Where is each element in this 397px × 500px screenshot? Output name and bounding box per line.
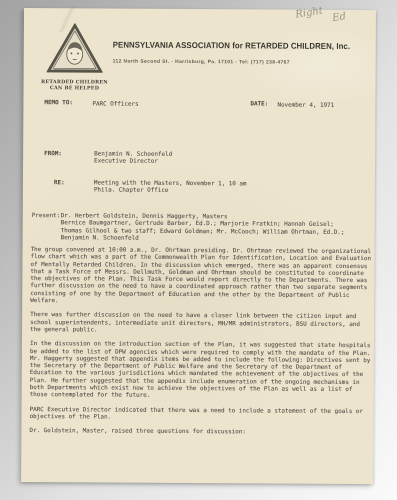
- memo-date-label: DATE:: [250, 101, 268, 108]
- handwritten-note: Right Ed: [295, 3, 347, 29]
- body-paragraph: There was further discussion on the need…: [30, 312, 371, 336]
- handwritten-note-line2: Ed: [332, 12, 347, 24]
- memo-to-value: PARC Officers: [92, 101, 138, 109]
- memo-re-label: RE:: [54, 180, 65, 187]
- memo-document: Right Ed RETARDED CHILDREN CAN BE HELPED…: [21, 8, 376, 484]
- memo-date-value: November 4, 1971: [277, 103, 334, 111]
- body-paragraph: The group convened at 10:00 a.m., Dr. Oh…: [30, 247, 371, 307]
- body-paragraph: PARC Executive Director indicated that t…: [29, 407, 370, 424]
- scanned-memo-page: { "handwritten_note": { "line1": "Right"…: [0, 0, 397, 500]
- body-paragraph: Dr. Goldstein, Master, raised three ques…: [29, 428, 370, 437]
- memo-to-label: MEMO TO:: [44, 100, 72, 107]
- organization-logo: RETARDED CHILDREN CAN BE HELPED: [39, 23, 109, 91]
- memo-from-value: Benjamin N. Schoenfeld Executive Directo…: [94, 151, 172, 166]
- present-value: Dr. Herbert Goldstein, Dennis Haggerty, …: [61, 213, 369, 244]
- logo-caption: RETARDED CHILDREN CAN BE HELPED: [39, 79, 109, 91]
- memo-re-value: Meeting with the Masters, November 1, 10…: [94, 180, 247, 196]
- memo-body: The group convened at 10:00 a.m., Dr. Oh…: [29, 247, 371, 445]
- body-paragraph: In the discussion on the introduction se…: [30, 341, 371, 401]
- organization-name: PENNSYLVANIA ASSOCIATION for RETARDED CH…: [113, 40, 346, 51]
- present-label: Present:: [32, 213, 60, 220]
- triangle-child-face-logo-icon: [47, 58, 103, 77]
- organization-address: 112 North Second St. - Harrisburg, Pa. 1…: [113, 60, 363, 67]
- memo-from-label: FROM:: [44, 151, 62, 158]
